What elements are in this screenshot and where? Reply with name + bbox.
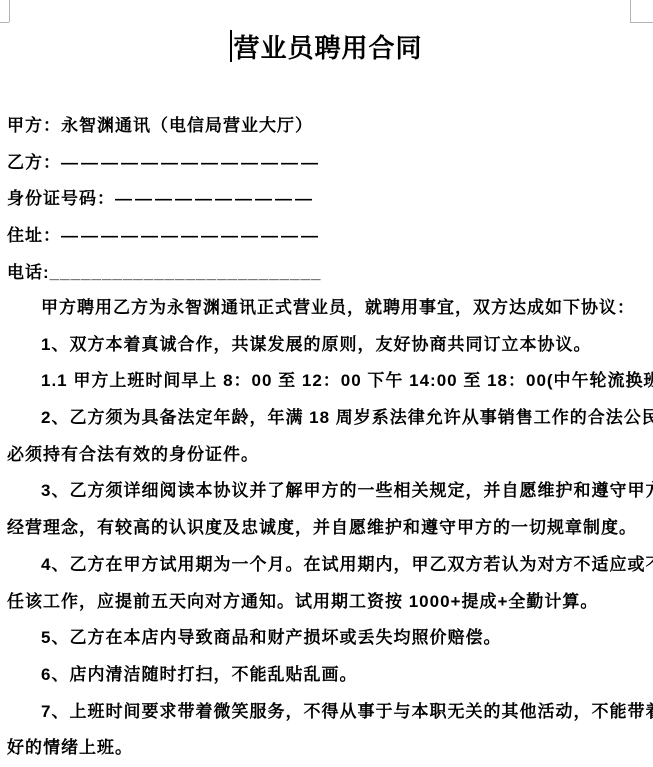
field-party-b-blank: —————————————: [61, 153, 321, 172]
field-phone-label: 电话:: [7, 263, 50, 282]
margin-mark-top-left-horizontal: [0, 22, 9, 23]
field-party-a[interactable]: 甲方：永智渊通讯（电信局营业大厅）: [7, 108, 322, 145]
field-party-a-value: 永智渊通讯（电信局营业大厅）: [61, 116, 313, 135]
contract-line-clause-1-1[interactable]: 1.1 甲方上班时间早上 8：00 至 12：00 下午 14:00 至 18：…: [7, 363, 647, 400]
document-title-row[interactable]: 营业员聘用合同: [0, 28, 653, 65]
contract-line-clause-3[interactable]: 3、乙方须详细阅读本协议并了解甲方的一些相关规定，并自愿维护和遵守甲方的: [7, 473, 647, 510]
contract-line-clause-2[interactable]: 2、乙方须为具备法定年龄，年满 18 周岁系法律允许从事销售工作的合法公民，: [7, 400, 647, 437]
field-id-number-label: 身份证号码：: [7, 189, 115, 208]
contract-line-clause-7[interactable]: 7、上班时间要求带着微笑服务，不得从事于与本职无关的其他活动，不能带着不: [7, 694, 647, 731]
field-address-blank: —————————————: [61, 226, 321, 245]
document-title: 营业员聘用合同: [233, 33, 422, 63]
contract-line-clause-4-cont[interactable]: 任该工作，应提前五天向对方通知。试用期工资按 1000+提成+全勤计算。: [7, 584, 647, 621]
margin-mark-top-right-vertical: [630, 0, 631, 22]
contract-line-clause-5[interactable]: 5、乙方在本店内导致商品和财产损坏或丢失均照价赔偿。: [7, 620, 647, 657]
field-id-number-blank: ——————————: [115, 189, 315, 208]
contract-header-fields: 甲方：永智渊通讯（电信局营业大厅） 乙方：————————————— 身份证号码…: [7, 108, 322, 291]
field-id-number[interactable]: 身份证号码：——————————: [7, 181, 322, 218]
margin-mark-top-left-vertical: [9, 0, 10, 22]
contract-line-intro[interactable]: 甲方聘用乙方为永智渊通讯正式营业员，就聘用事宜，双方达成如下协议：: [7, 290, 647, 327]
contract-line-clause-3-cont[interactable]: 经营理念，有较高的认识度及忠诚度，并自愿维护和遵守甲方的一切规章制度。: [7, 510, 647, 547]
margin-mark-top-right-horizontal: [630, 22, 653, 23]
contract-line-clause-6[interactable]: 6、店内清洁随时打扫，不能乱贴乱画。: [7, 657, 647, 694]
field-address-label: 住址：: [7, 226, 61, 245]
contract-body: 甲方聘用乙方为永智渊通讯正式营业员，就聘用事宜，双方达成如下协议： 1、双方本着…: [7, 290, 647, 767]
field-party-a-label: 甲方：: [7, 116, 61, 135]
contract-line-clause-1[interactable]: 1、双方本着真诚合作，共谋发展的原则，友好协商共同订立本协议。: [7, 327, 647, 364]
contract-line-clause-7-cont[interactable]: 好的情绪上班。: [7, 730, 647, 767]
field-phone-blank: __________________________: [50, 263, 322, 282]
field-party-b[interactable]: 乙方：—————————————: [7, 145, 322, 182]
document-page[interactable]: 营业员聘用合同 甲方：永智渊通讯（电信局营业大厅） 乙方：———————————…: [0, 0, 653, 767]
contract-line-clause-2-cont[interactable]: 必须持有合法有效的身份证件。: [7, 437, 647, 474]
contract-line-clause-4[interactable]: 4、乙方在甲方试用期为一个月。在试用期内，甲乙双方若认为对方不适应或不胜: [7, 547, 647, 584]
field-party-b-label: 乙方：: [7, 153, 61, 172]
field-address[interactable]: 住址：—————————————: [7, 218, 322, 255]
field-phone[interactable]: 电话:__________________________: [7, 255, 322, 292]
